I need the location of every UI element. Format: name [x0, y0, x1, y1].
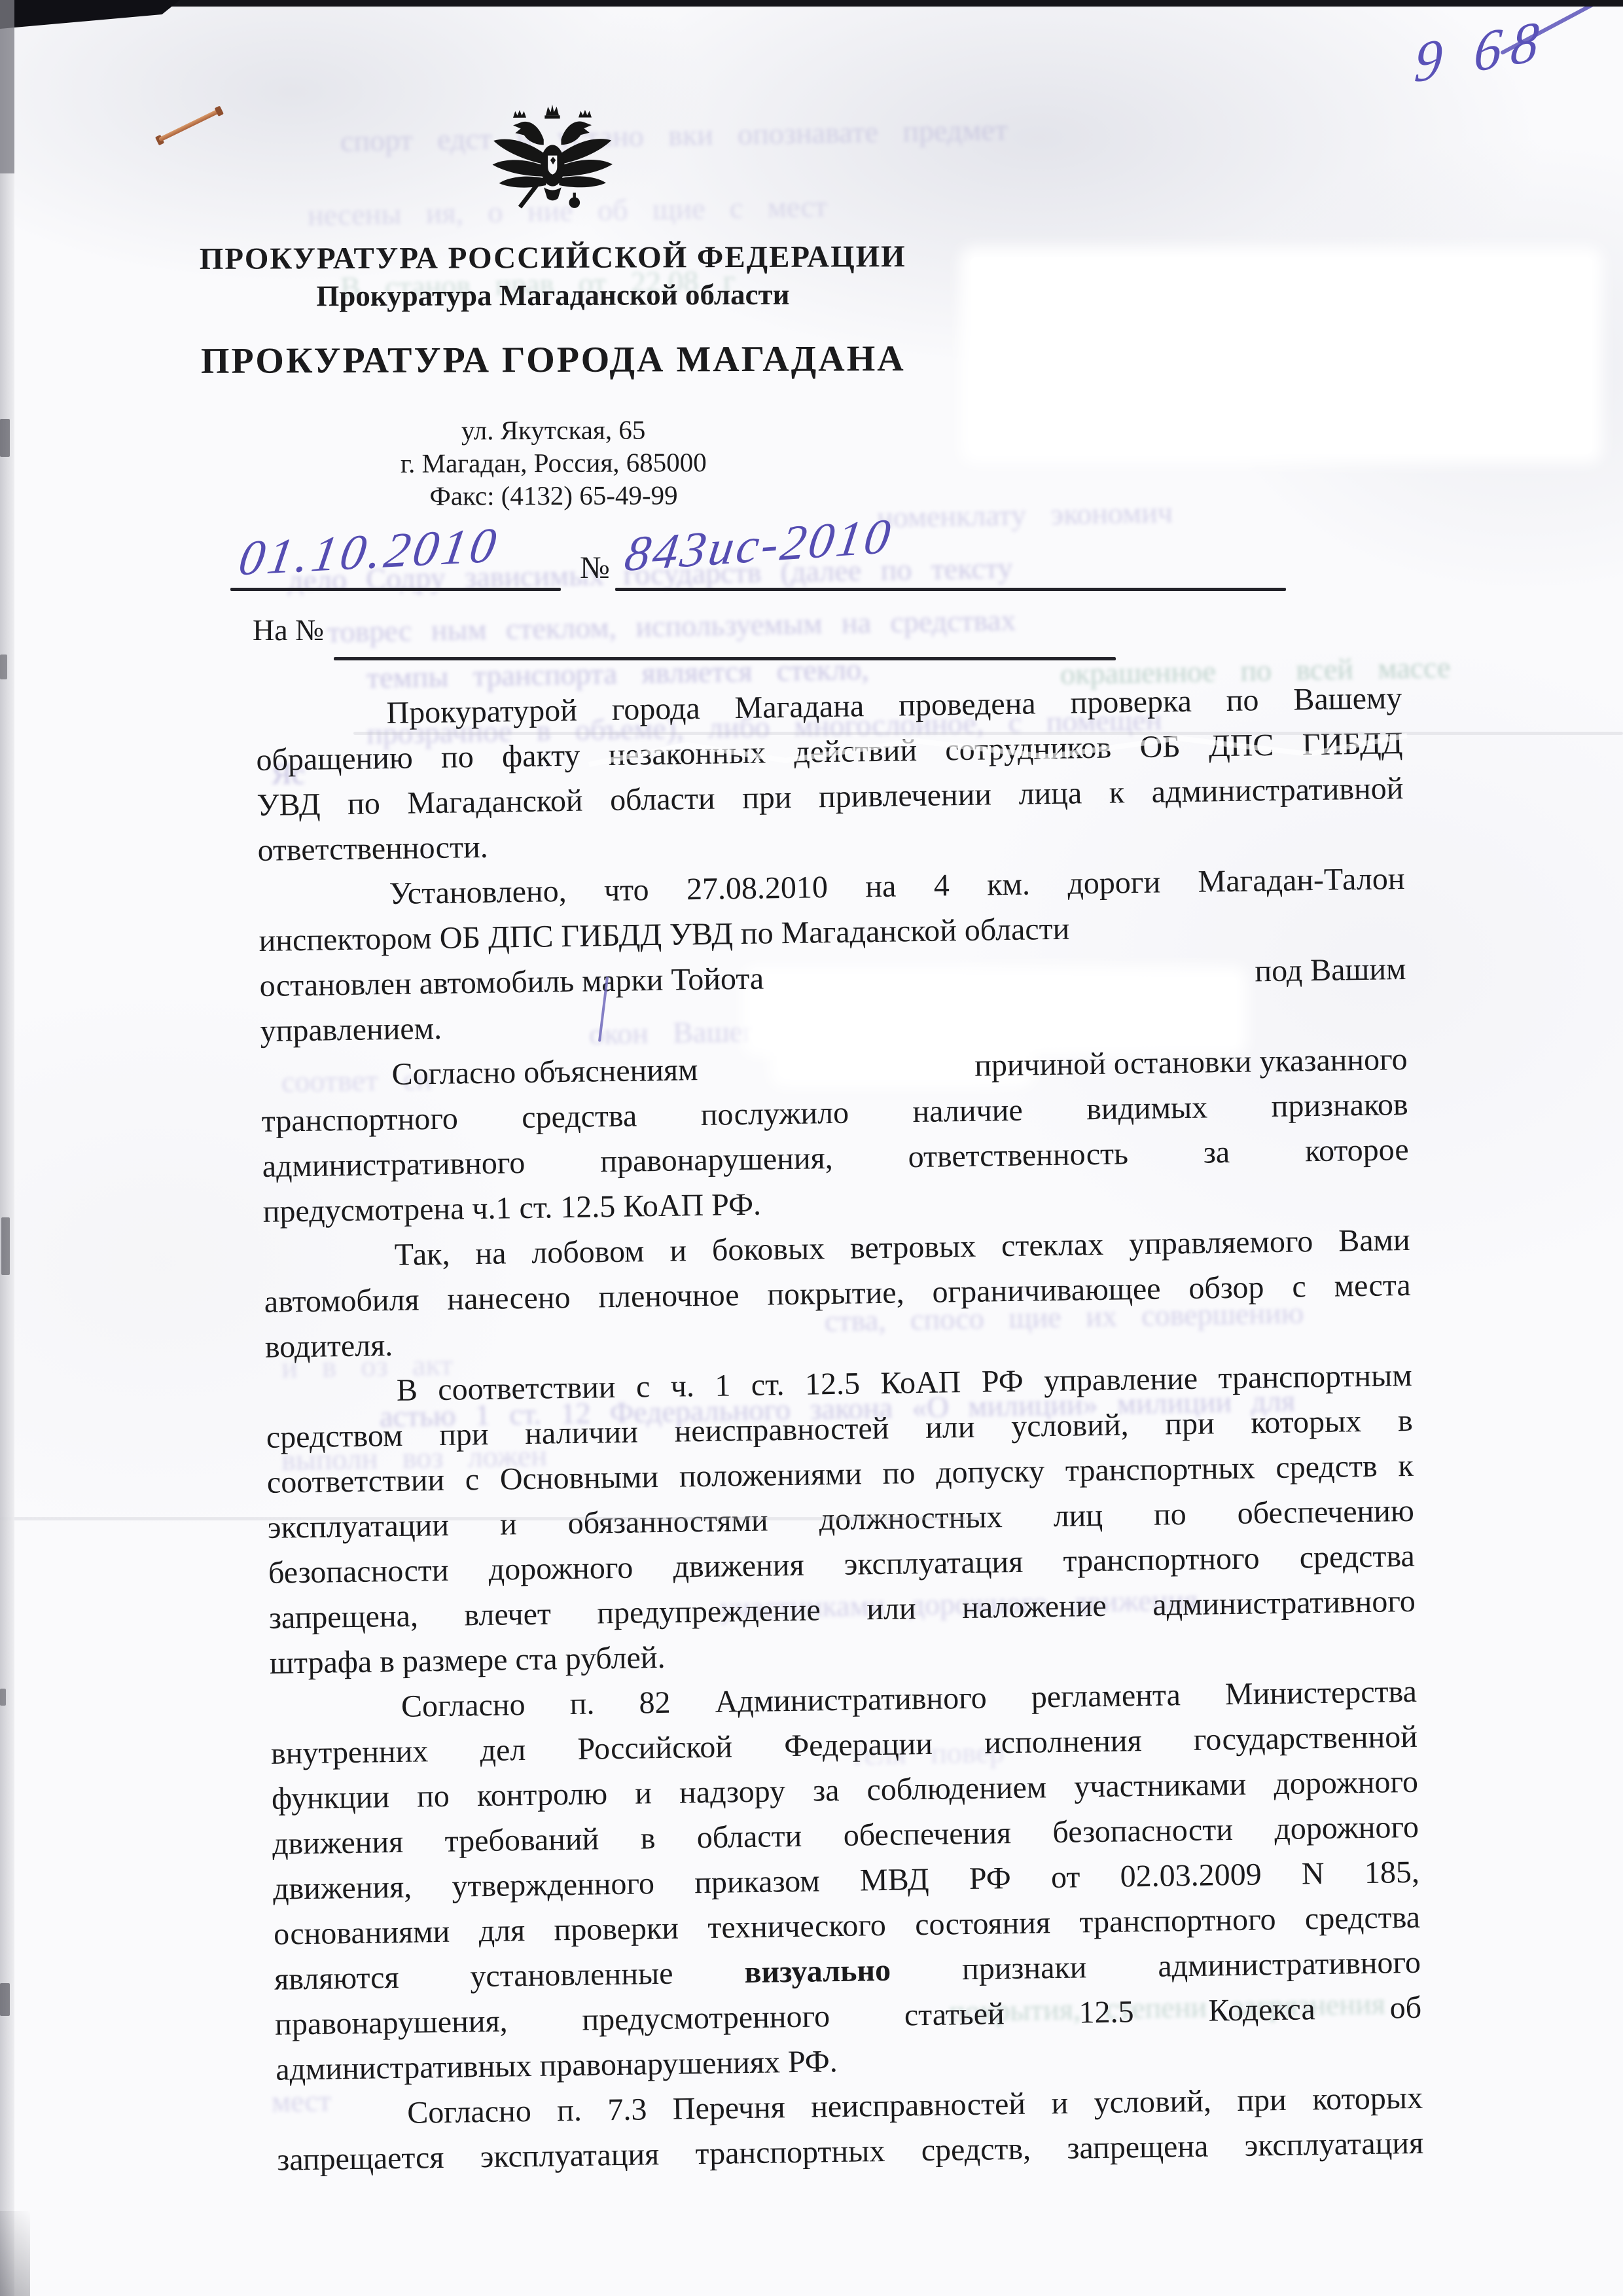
scanned-letter-page: спорт едст и устано вки опознавате предм… [0, 0, 1623, 2296]
scan-corner-smudge [0, 2211, 30, 2296]
scan-edge-mark [0, 419, 10, 457]
scan-crack-artifact [0, 0, 1623, 2296]
scan-edge-left [0, 0, 14, 2296]
scan-edge-top [0, 0, 1623, 7]
scan-edge-mark [0, 655, 7, 679]
scan-edge-mark [1, 1217, 10, 1275]
scan-edge-mark [0, 1983, 10, 2016]
scan-edge-mark [0, 1689, 6, 1706]
scan-edge-left-dark [0, 0, 14, 173]
